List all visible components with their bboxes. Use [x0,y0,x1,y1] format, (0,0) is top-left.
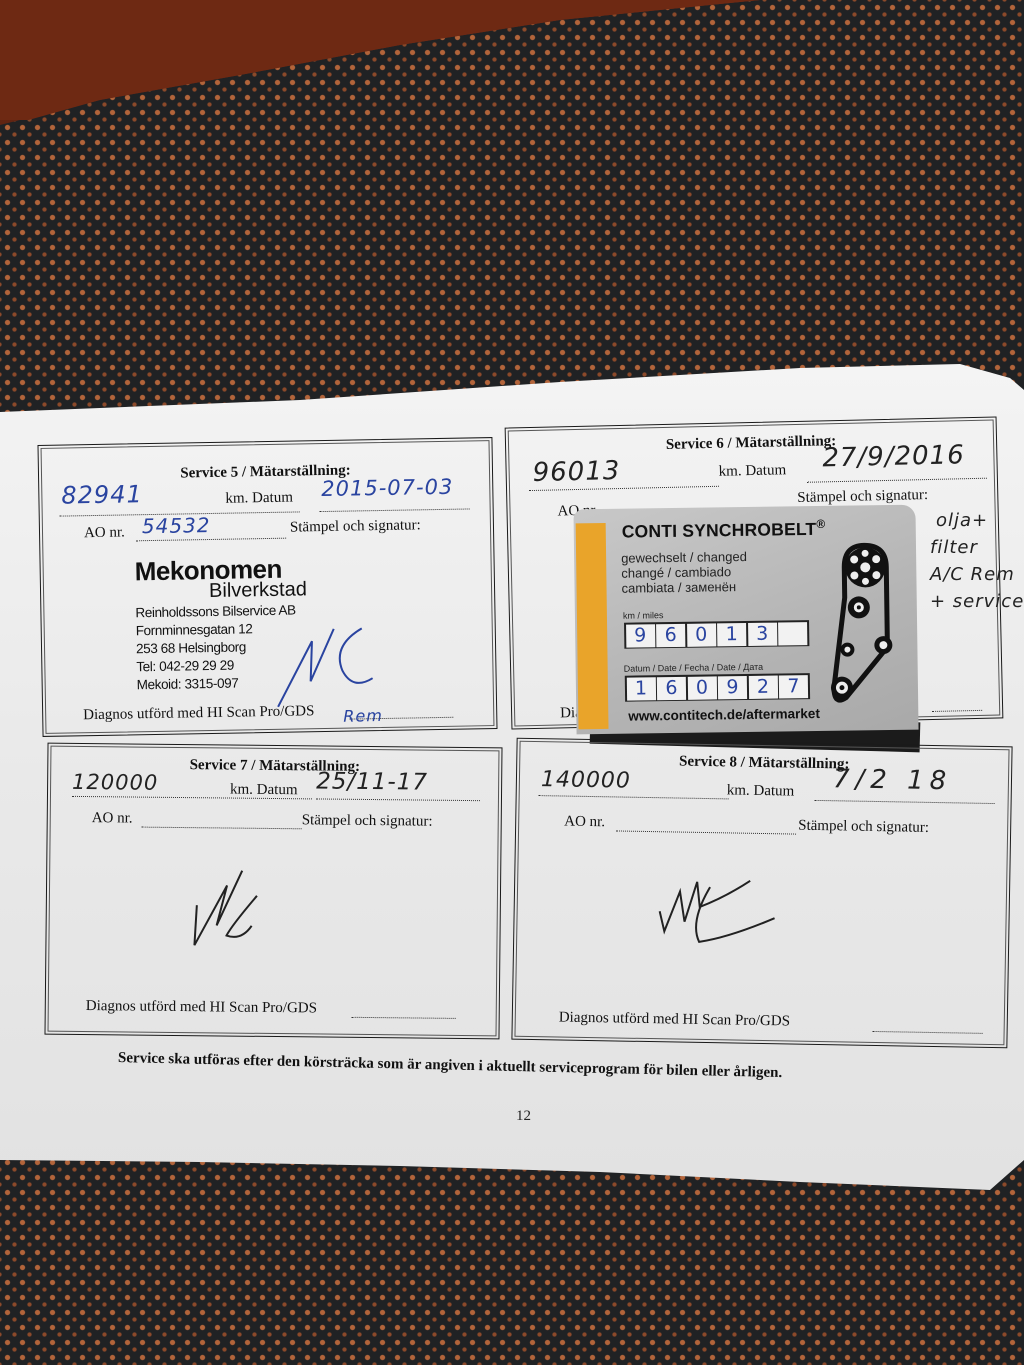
date-digit: 2 [748,675,777,698]
sticker-accent-stripe [576,523,609,729]
service-7-diagnosis-label: Diagnos utförd med HI Scan Pro/GDS [86,998,317,1017]
service-6-mileage: 96013 [532,456,620,488]
km-digit: 6 [656,623,685,646]
page-number: 12 [516,1108,531,1125]
dotted-line [873,1031,983,1034]
km-digit: 9 [626,624,655,647]
dotted-line [142,827,302,830]
note-line: filter [930,537,1024,558]
note-line: olja+ [936,510,1024,531]
km-digit: 1 [717,622,746,645]
note-line: A/C Rem [930,564,1024,585]
service-7-mileage: 120000 [72,770,158,795]
service-card-7: Service 7 / Mätarställning: 120000 km. D… [44,743,502,1040]
sticker-date-label: Datum / Date / Fecha / Date / Дата [624,662,764,674]
service-8-km-label: km. Datum [727,782,795,800]
dotted-line [316,798,480,801]
sticker-url: www.contitech.de/aftermarket [628,706,820,724]
sticker-lang-line: changé / cambiado [621,564,747,581]
service-8-mileage: 140000 [541,767,631,794]
dotted-line [616,830,796,834]
dotted-line [352,1017,456,1019]
km-digit: 0 [687,623,716,646]
service-5-diagnosis-label: Diagnos utförd med HI Scan Pro/GDS [83,703,314,724]
service-5-stamp-label: Stämpel och signatur: [290,517,421,536]
sticker-lang-line: gewechselt / changed [621,549,747,566]
conti-synchrobelt-sticker: CONTI SYNCHROBELT® gewechselt / changed … [573,505,918,735]
signature-service-7 [186,865,277,956]
service-7-ao-label: AO nr. [92,810,133,827]
service-8-date: 7/2 18 [833,764,953,796]
km-digit [778,622,807,645]
sticker-lang-line: cambiata / заменён [621,579,747,596]
date-digit: 9 [718,675,747,698]
dotted-line [807,478,987,483]
sticker-km-label: km / miles [623,610,664,621]
sticker-km-boxes: 9 6 0 1 3 [624,620,809,649]
service-card-8: Service 8 / Mätarställning: 140000 km. D… [511,738,1012,1049]
service-8-stamp-label: Stämpel och signatur: [798,818,929,837]
service-5-km-label: km. Datum [225,490,293,508]
service-5-mileage: 82941 [61,480,143,509]
signature-service-5 [272,620,384,712]
date-digit: 1 [626,677,655,700]
service-7-stamp-label: Stämpel och signatur: [302,812,433,830]
service-6-notes: olja+ filter A/C Rem + service [930,510,1024,612]
km-digit: 3 [748,622,777,645]
service-5-ao-number: 54532 [142,513,211,538]
sticker-languages: gewechselt / changed changé / cambiado c… [621,549,747,596]
service-6-km-label: km. Datum [719,462,787,481]
seat-fabric-rust [0,0,760,120]
dotted-line [539,795,729,799]
service-7-km-label: km. Datum [230,782,298,800]
date-digit: 6 [657,676,686,699]
service-8-ao-label: AO nr. [564,814,605,832]
service-5-diagnosis-note: Rem [343,706,383,726]
date-digit: 7 [779,675,808,698]
service-7-date: 25/11-17 [316,768,428,795]
dotted-line [932,710,982,712]
service-5-ao-label: AO nr. [84,524,125,542]
note-line: + service [930,591,1024,612]
service-8-diagnosis-label: Diagnos utförd med HI Scan Pro/GDS [559,1009,790,1030]
signature-service-8 [654,871,805,954]
dotted-line [815,800,995,804]
service-6-date: 27/9/2016 [822,440,965,473]
sticker-date-boxes: 1 6 0 9 2 7 [625,673,810,702]
service-card-5: Service 5 / Mätarställning: 82941 km. Da… [37,437,497,737]
registered-mark-icon: ® [816,517,825,531]
service-6-stamp-label: Stämpel och signatur: [797,487,928,507]
dotted-line [320,508,470,512]
service-5-date: 2015-07-03 [321,475,453,501]
dotted-line [136,538,286,542]
sticker-title-text: CONTI SYNCHROBELT [622,519,817,542]
stamp-line: Reinholdssons Bilservice AB [135,601,307,622]
stamp-subtitle: Bilverkstad [209,578,307,603]
sticker-title: CONTI SYNCHROBELT® [622,517,826,543]
timing-belt-icon [824,537,906,708]
date-digit: 0 [687,676,716,699]
